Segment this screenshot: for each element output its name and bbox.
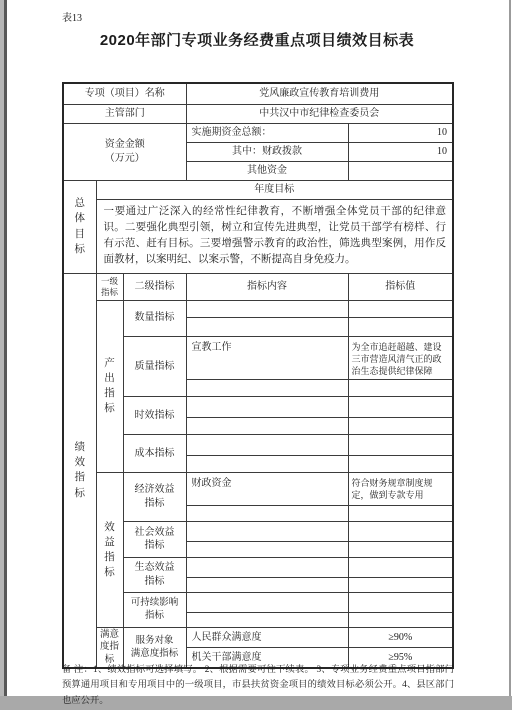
page-title: 2020年部门专项业务经费重点项目绩效目标表 [40, 29, 474, 50]
economic-value-1: 符合财务规章制度规定，做到专款专用 [348, 472, 453, 505]
satisfaction-indicator-label: 满意 度指 标 [96, 627, 123, 668]
sustainable-content-1 [186, 592, 348, 612]
sustainable-value-1 [348, 592, 453, 612]
fiscal-funds-value: 10 [348, 142, 453, 161]
ecological-value-1 [348, 557, 453, 577]
timeliness-content-2 [186, 417, 348, 434]
timeliness-content-1 [186, 396, 348, 417]
cost-value-2 [348, 455, 453, 472]
scan-edge-right-line [509, 0, 511, 710]
social-content-1 [186, 521, 348, 541]
amount-label: 资金金额 （万元） [63, 123, 186, 180]
timeliness-value-2 [348, 417, 453, 434]
cost-value-1 [348, 434, 453, 455]
satisfaction-value-1: ≥90% [348, 627, 453, 647]
header-level1-indicator: 一级 指标 [96, 273, 123, 300]
ecological-content-2 [186, 577, 348, 592]
annual-goal-label: 年度目标 [96, 180, 453, 199]
social-benefit-label: 社会效益 指标 [123, 521, 186, 557]
overall-goal-text: 一要通过广泛深入的经常性纪律教育，不断增强全体党员干部的纪律意识。二要强化典型引… [96, 199, 453, 273]
total-funds-value: 10 [348, 123, 453, 142]
quantity-content-2 [186, 317, 348, 336]
department-label: 主管部门 [63, 104, 186, 123]
sustainable-value-2 [348, 612, 453, 627]
cost-indicator-label: 成本指标 [123, 434, 186, 472]
sustainable-impact-label: 可持续影响 指标 [123, 592, 186, 627]
fiscal-funds-label: 其中：财政拨款 [186, 142, 348, 161]
timeliness-value-1 [348, 396, 453, 417]
footnote: 备 注：1、绩效指标可选择填写。 2、根据需要可往下续表。 3、专项业务经费重点… [62, 663, 454, 709]
other-funds-value [348, 161, 453, 180]
quantity-content-1 [186, 300, 348, 317]
header-indicator-value: 指标值 [348, 273, 453, 300]
output-indicator-label: 产 出 指 标 [96, 300, 123, 472]
economic-benefit-label: 经济效益 指标 [123, 472, 186, 521]
quality-content-1: 宣教工作 [186, 336, 348, 379]
satisfaction-content-1: 人民群众满意度 [186, 627, 348, 647]
cost-content-1 [186, 434, 348, 455]
overall-goal-side-label: 总 体 目 标 [63, 180, 96, 273]
quantity-value-2 [348, 317, 453, 336]
economic-content-1: 财政资金 [186, 472, 348, 505]
service-target-satisfaction-label: 服务对象 满意度指标 [123, 627, 186, 668]
quantity-value-1 [348, 300, 453, 317]
quality-value-2 [348, 379, 453, 396]
quantity-indicator-label: 数量指标 [123, 300, 186, 336]
social-value-1 [348, 521, 453, 541]
total-funds-label: 实施期资金总额： [186, 123, 348, 142]
economic-value-2 [348, 505, 453, 521]
social-value-2 [348, 541, 453, 557]
quality-indicator-label: 质量指标 [123, 336, 186, 396]
quality-content-2 [186, 379, 348, 396]
project-name-value: 党风廉政宣传教育培训费用 [186, 83, 453, 104]
economic-content-2 [186, 505, 348, 521]
ecological-value-2 [348, 577, 453, 592]
benefit-indicator-label: 效 益 指 标 [96, 472, 123, 627]
department-value: 中共汉中市纪律检查委员会 [186, 104, 453, 123]
header-indicator-content: 指标内容 [186, 273, 348, 300]
quality-value-1: 为全市追赶超越、建设三市营造风清气正的政治生态提供纪律保障 [348, 336, 453, 379]
performance-target-table: 专项（项目）名称 党风廉政宣传教育培训费用 主管部门 中共汉中市纪律检查委员会 … [62, 82, 454, 669]
ecological-benefit-label: 生态效益 指标 [123, 557, 186, 592]
other-funds-label: 其他资金 [186, 161, 348, 180]
timeliness-indicator-label: 时效指标 [123, 396, 186, 434]
header-level2-indicator: 二级指标 [123, 273, 186, 300]
sustainable-content-2 [186, 612, 348, 627]
social-content-2 [186, 541, 348, 557]
cost-content-2 [186, 455, 348, 472]
table-number: 表13 [62, 9, 82, 24]
performance-indicator-side-label: 绩 效 指 标 [63, 273, 96, 668]
scan-edge-left-line [4, 0, 7, 710]
ecological-content-1 [186, 557, 348, 577]
project-name-label: 专项（项目）名称 [63, 83, 186, 104]
